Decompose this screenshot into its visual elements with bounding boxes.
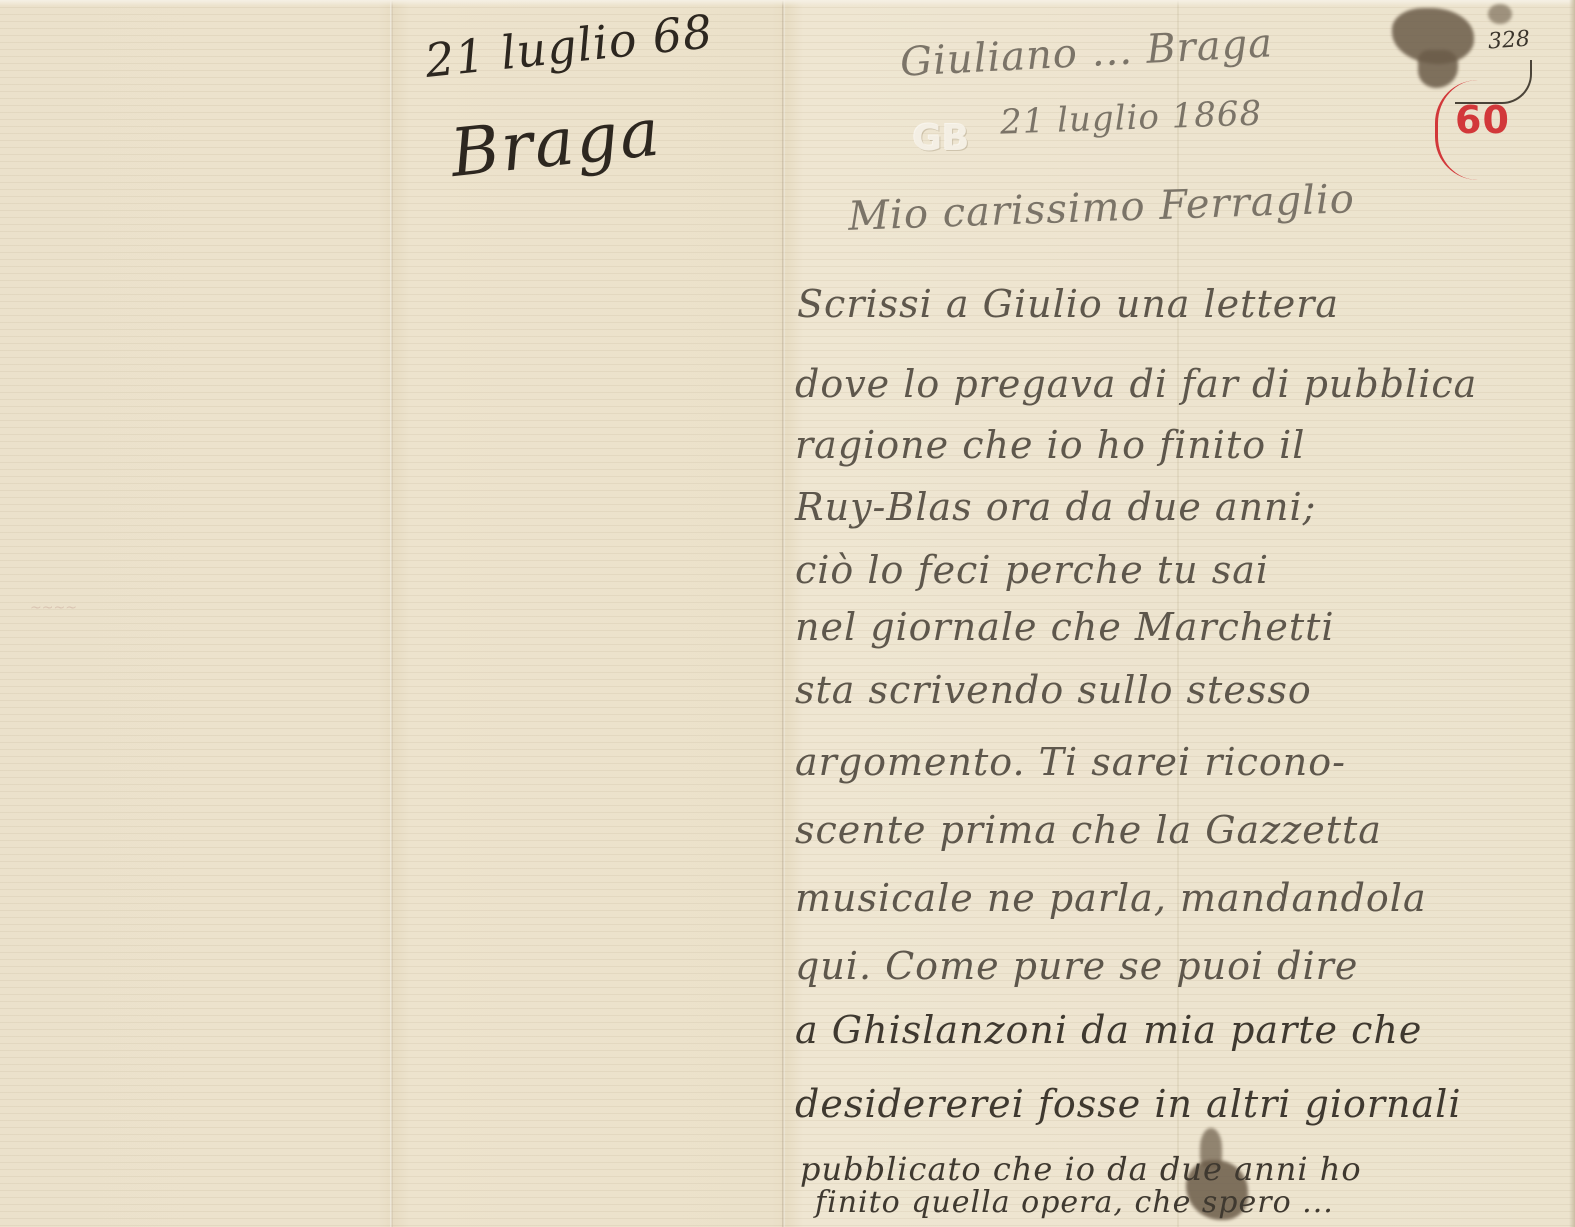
letter-line: argomento. Ti sarei ricono-: [795, 740, 1346, 784]
faint-pencil-mark: ~~~~: [30, 600, 77, 616]
paper-fold-left: [390, 0, 393, 1227]
catalog-number-red: 60: [1455, 98, 1510, 142]
letter-line: qui. Come pure se puoi dire: [795, 944, 1358, 988]
letter-line: musicale ne parla, mandandola: [795, 876, 1427, 920]
emboss-stamp: GB: [893, 116, 989, 162]
archive-number: 328: [1487, 27, 1531, 55]
letter-line: a Ghislanzoni da mia parte che: [795, 1008, 1422, 1052]
letter-line: ciò lo feci perche tu sai: [795, 548, 1269, 592]
letter-line: pubblicato che io da due anni ho: [800, 1150, 1362, 1188]
letter-line: sta scrivendo sullo stesso: [795, 668, 1312, 712]
paper-edge-right: [1569, 0, 1575, 1227]
paper-edge-top: [0, 0, 1575, 6]
letter-line: Scrissi a Giulio una lettera: [797, 282, 1339, 326]
letter-line: Ruy-Blas ora da due anni;: [795, 485, 1316, 529]
letter-line: ragione che io ho finito il: [795, 423, 1305, 467]
letter-line: scente prima che la Gazzetta: [795, 808, 1382, 852]
letter-line: nel giornale che Marchetti: [795, 605, 1335, 649]
ink-stain: [1488, 4, 1512, 24]
letter-line: finito quella opera, che spero ...: [815, 1185, 1334, 1220]
letter-line: dove lo pregava di far di pubblica: [795, 362, 1477, 406]
letter-line: desidererei fosse in altri giornali: [795, 1082, 1461, 1126]
paper-fold-center: [782, 0, 785, 1227]
